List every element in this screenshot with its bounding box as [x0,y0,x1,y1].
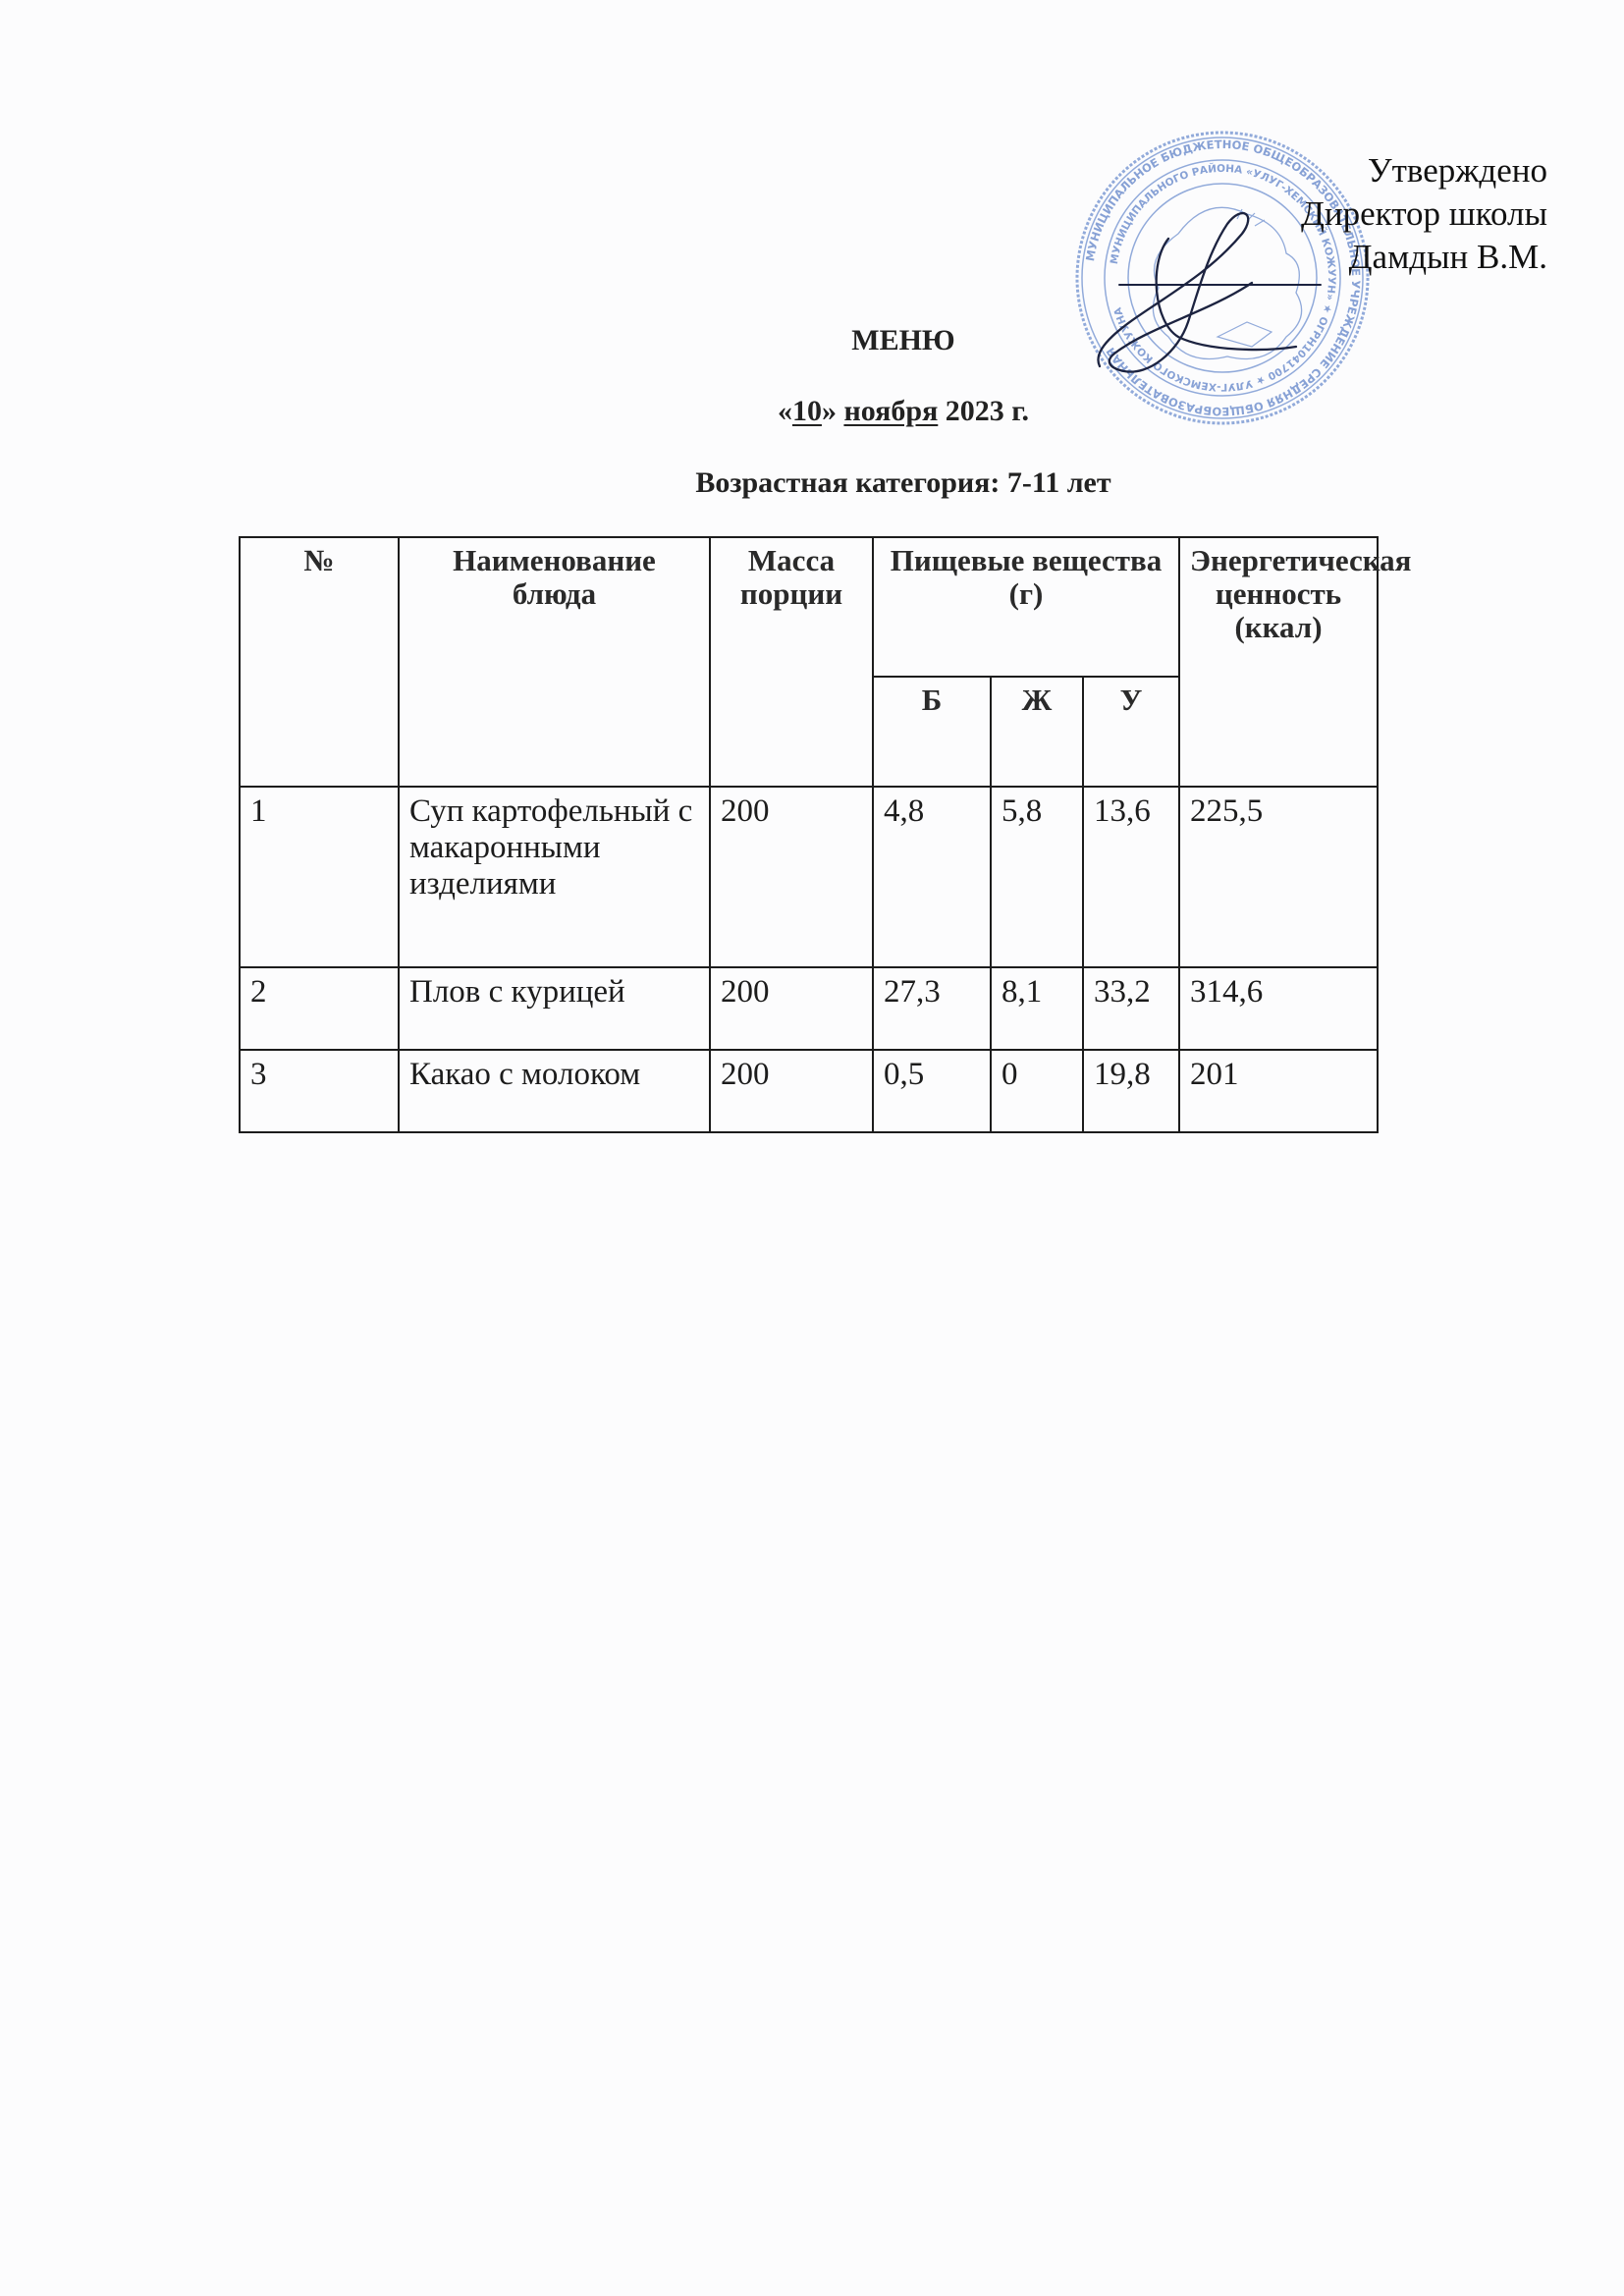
cell-carbs: 19,8 [1083,1050,1179,1132]
date-day: 10 [792,395,822,427]
cell-number: 1 [240,787,399,967]
column-header-fat: Ж [991,677,1083,787]
age-category: Возрастная категория: 7-11 лет [0,466,1624,500]
cell-dish-name: Какао с молоком [399,1050,710,1132]
column-header-energy: Энергетическая ценность (ккал) [1179,537,1378,787]
cell-fat: 0 [991,1050,1083,1132]
approval-block: Утверждено Директор школы Дамдын В.М. [1301,149,1547,279]
cell-protein: 4,8 [873,787,991,967]
date-open-quote: « [778,395,792,427]
cell-carbs: 33,2 [1083,967,1179,1050]
table-row: 3 Какао с молоком 200 0,5 0 19,8 201 [240,1050,1378,1132]
cell-mass: 200 [710,787,873,967]
approver-name: Дамдын В.М. [1301,236,1547,279]
cell-mass: 200 [710,1050,873,1132]
cell-number: 2 [240,967,399,1050]
menu-date: «10» ноября 2023 г. [0,395,1624,428]
cell-fat: 5,8 [991,787,1083,967]
cell-energy: 314,6 [1179,967,1378,1050]
approver-position: Директор школы [1301,192,1547,236]
cell-dish-name: Суп картофельный с макаронными изделиями [399,787,710,967]
cell-energy: 225,5 [1179,787,1378,967]
column-header-dish-name: Наименование блюда [399,537,710,787]
cell-energy: 201 [1179,1050,1378,1132]
cell-protein: 0,5 [873,1050,991,1132]
column-header-number: № [240,537,399,787]
cell-number: 3 [240,1050,399,1132]
column-header-nutrients: Пищевые вещества (г) [873,537,1179,677]
approval-label: Утверждено [1301,149,1547,192]
table-row: 2 Плов с курицей 200 27,3 8,1 33,2 314,6 [240,967,1378,1050]
date-month: ноября [843,395,938,427]
menu-table: № Наименование блюда Масса порции Пищевы… [239,536,1379,1133]
cell-carbs: 13,6 [1083,787,1179,967]
cell-fat: 8,1 [991,967,1083,1050]
column-header-protein: Б [873,677,991,787]
page-title: МЕНЮ [0,324,1624,357]
table-row: 1 Суп картофельный с макаронными изделия… [240,787,1378,967]
date-year: 2023 г. [938,395,1029,427]
column-header-carbs: У [1083,677,1179,787]
column-header-portion-mass: Масса порции [710,537,873,787]
cell-protein: 27,3 [873,967,991,1050]
cell-dish-name: Плов с курицей [399,967,710,1050]
date-close-quote: » [822,395,844,427]
cell-mass: 200 [710,967,873,1050]
